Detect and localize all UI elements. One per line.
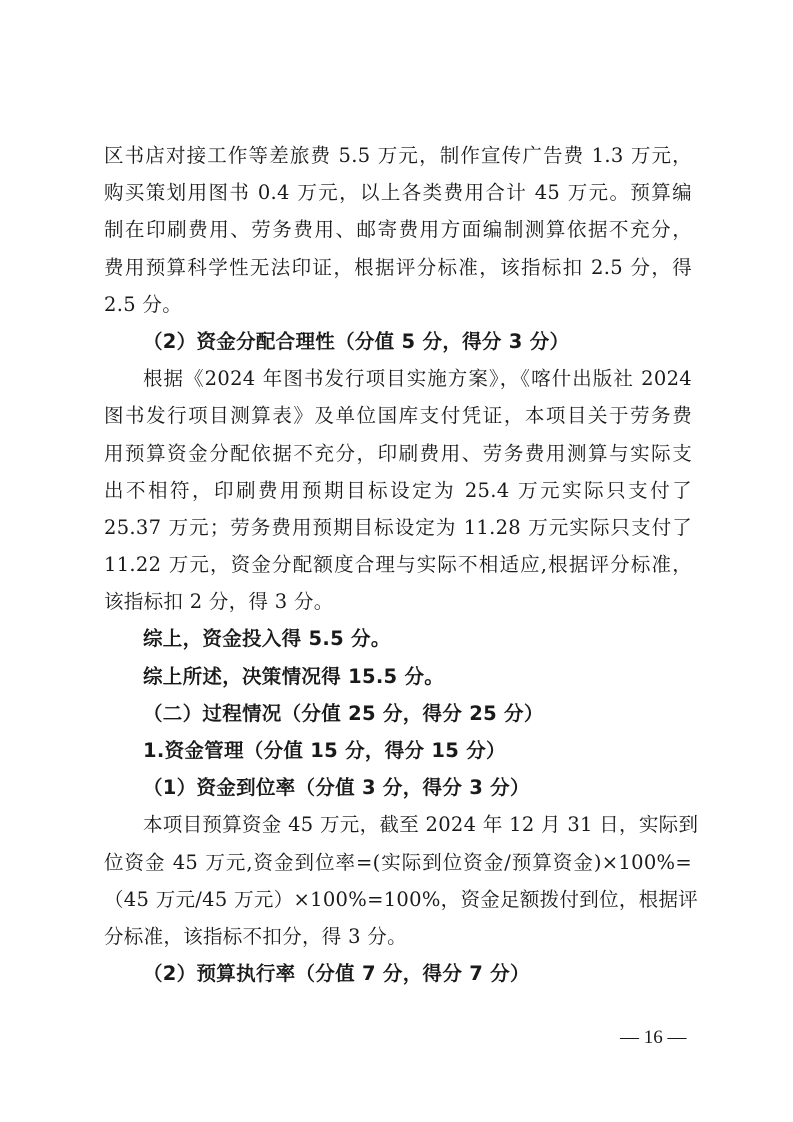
paragraph-line: 11.22 万元，资金分配额度合理与实际不相适应,根据评分标准， [104, 546, 692, 583]
paragraph-line: 2.5 分。 [104, 286, 692, 323]
paragraph-line: 用预算资金分配依据不充分，印刷费用、劳务费用测算与实际支 [104, 435, 692, 472]
paragraph-line: 该指标扣 2 分，得 3 分。 [104, 583, 692, 620]
page-number: — 16 — [620, 1027, 687, 1049]
paragraph-line: 根据《2024 年图书发行项目实施方案》，《喀什出版社 2024 [104, 360, 692, 397]
paragraph-line: 位资金 45 万元,资金到位率=(实际到位资金/预算资金)×100%= [104, 844, 692, 881]
section-heading: （2）预算执行率（分值 7 分，得分 7 分） [104, 955, 692, 992]
section-heading: （2）资金分配合理性（分值 5 分，得分 3 分） [104, 323, 692, 360]
paragraph-line: 购买策划用图书 0.4 万元，以上各类费用合计 45 万元。预算编 [104, 174, 692, 211]
paragraph-line: 制在印刷费用、劳务费用、邮寄费用方面编制测算依据不充分， [104, 211, 692, 248]
section-heading: （1）资金到位率（分值 3 分，得分 3 分） [104, 769, 692, 806]
paragraph-line: 分标准，该指标不扣分，得 3 分。 [104, 918, 692, 955]
section-heading: （二）过程情况（分值 25 分，得分 25 分） [104, 695, 692, 732]
section-heading: 1.资金管理（分值 15 分，得分 15 分） [104, 732, 692, 769]
paragraph-line: （45 万元/45 万元）×100%=100%，资金足额拨付到位，根据评 [104, 881, 692, 918]
paragraph-line: 25.37 万元；劳务费用预期目标设定为 11.28 万元实际只支付了 [104, 509, 692, 546]
paragraph-line: 图书发行项目测算表》及单位国库支付凭证，本项目关于劳务费 [104, 397, 692, 434]
summary-line: 综上，资金投入得 5.5 分。 [104, 620, 692, 657]
paragraph-line: 出不相符，印刷费用预期目标设定为 25.4 万元实际只支付了 [104, 472, 692, 509]
summary-line: 综上所述，决策情况得 15.5 分。 [104, 658, 692, 695]
paragraph-line: 本项目预算资金 45 万元，截至 2024 年 12 月 31 日，实际到 [104, 806, 692, 843]
document-page: 区书店对接工作等差旅费 5.5 万元，制作宣传广告费 1.3 万元， 购买策划用… [104, 137, 692, 992]
paragraph-line: 区书店对接工作等差旅费 5.5 万元，制作宣传广告费 1.3 万元， [104, 137, 692, 174]
paragraph-line: 费用预算科学性无法印证，根据评分标准，该指标扣 2.5 分，得 [104, 249, 692, 286]
